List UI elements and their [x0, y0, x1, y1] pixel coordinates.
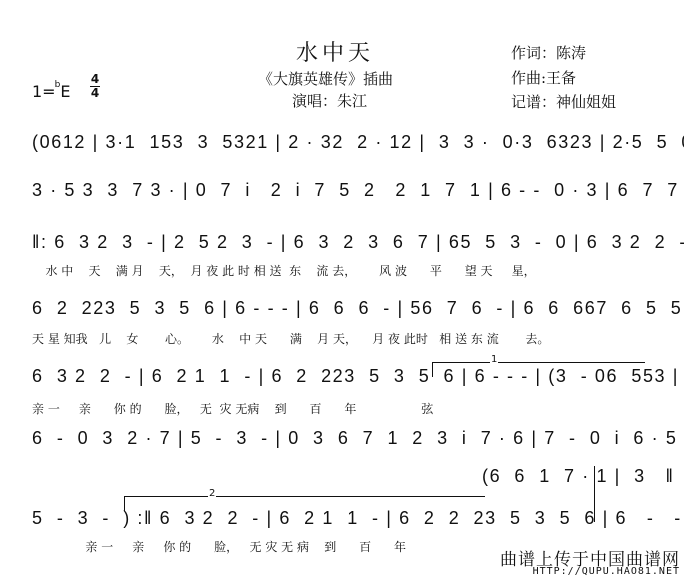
watermark-url[interactable]: HTTP://QUPU.HAO81.NET [533, 566, 680, 577]
notation: 6 3 2 2 - | 6 2 1 1 - | 6 2 223 5 3 5 6 … [32, 366, 684, 387]
key-note: E [60, 82, 70, 101]
notation: 3 · 5 3 3 7 3 · | 0 7 i 2 i 7 5 2 2 1 7 … [32, 180, 684, 201]
score-line-3: ‖: 6 3 2 3 - | 2 5 2 3 - | 6 3 2 3 6 7 |… [0, 232, 684, 272]
lyricist-credit: 作词：陈涛 [511, 42, 586, 63]
score-line-8: 2 5 - 3 - ) :‖ 6 3 2 2 - | 6 2 1 1 - | 6… [0, 508, 684, 548]
key-signature: 1=bE [32, 80, 70, 101]
time-signature: 4 4 [90, 74, 100, 99]
song-title: 水中天 [296, 36, 374, 67]
notation: ‖: 6 3 2 3 - | 2 5 2 3 - | 6 3 2 3 6 7 |… [32, 232, 684, 253]
volta-label-2: 2 [208, 488, 216, 499]
lyrics: 水 中 天 满 月 天， 月 夜 此 时 相 送 东 流 去， 风 波 平 望 … [34, 262, 536, 279]
singer-credit: 演唱：朱江 [292, 90, 367, 111]
score-line-5: 1 6 3 2 2 - | 6 2 1 1 - | 6 2 223 5 3 5 … [0, 366, 684, 406]
notation: (0612 | 3·1 153 3 5321 | 2 · 32 2 · 12 |… [32, 132, 684, 153]
notation: 6 2 223 5 3 5 6 | 6 - - - | 6 6 6 - | 56… [32, 298, 684, 319]
notation: 6 - 0 3 2 · 7 | 5 - 3 - | 0 3 6 7 1 2 3 … [32, 428, 684, 449]
score-line-2: 3 · 5 3 3 7 3 · | 0 7 i 2 i 7 5 2 2 1 7 … [0, 180, 684, 220]
time-sig-bottom: 4 [90, 88, 100, 99]
notation: 5 - 3 - ) :‖ 6 3 2 2 - | 6 2 1 1 - | 6 2… [32, 508, 684, 529]
score-line-6: 6 - 0 3 2 · 7 | 5 - 3 - | 0 3 6 7 1 2 3 … [0, 428, 684, 468]
lyrics: 亲 一 亲 你 的 脸， 无 灾 无 病 到 百 年 [32, 538, 406, 555]
notation: (6 6 1 7 · 1 | 3 ‖ [482, 466, 675, 487]
song-subtitle: 《大旗英雄传》插曲 [258, 68, 393, 89]
score-line-1: (0612 | 3·1 153 3 5321 | 2 · 32 2 · 12 |… [0, 132, 684, 172]
time-sig-top: 4 [90, 74, 100, 85]
transcriber-credit: 记谱：神仙姐姐 [511, 91, 616, 112]
volta-label-1: 1 [490, 354, 498, 365]
score-line-4: 6 2 223 5 3 5 6 | 6 - - - | 6 6 6 - | 56… [0, 298, 684, 338]
lyrics: 亲 一 亲 你 的 脸， 无 灾 无病 到 百 年 弦 [32, 400, 433, 417]
key-label: 1= [32, 82, 56, 101]
composer-credit: 作曲:王备 [511, 67, 576, 88]
lyrics: 天 星 知我 儿 女 心。 水 中 天 满 月 天， 月 夜 此时 相 送 东 … [32, 330, 549, 347]
